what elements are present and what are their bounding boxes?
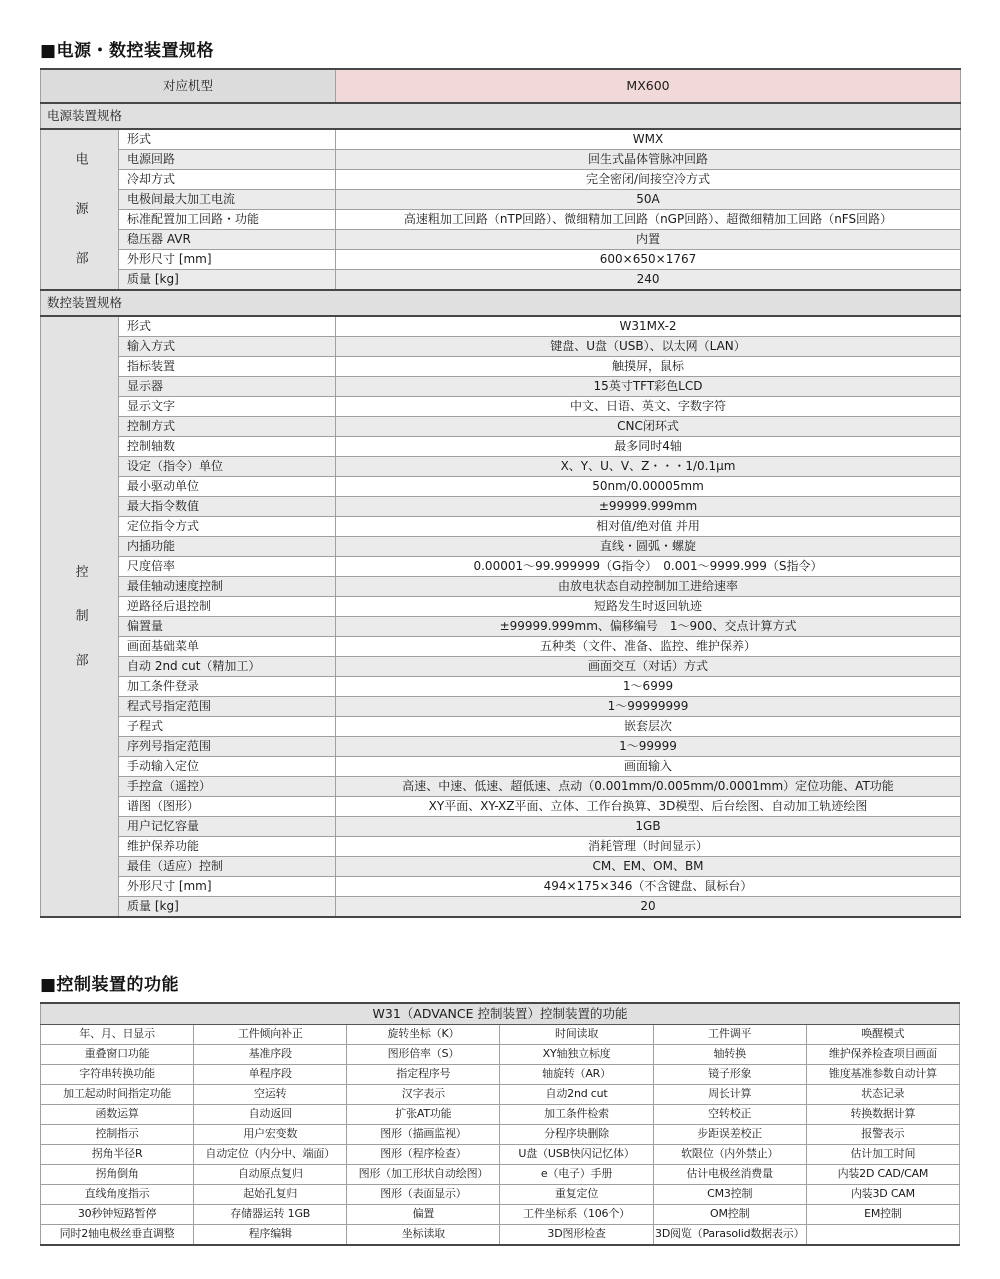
spec-value-cell: 画面输入 [336, 757, 961, 777]
function-cell: 内装3D CAM [806, 1185, 959, 1205]
spec-row: 输入方式键盘、U盘（USB）、以太网（LAN） [41, 337, 961, 357]
spec-label-cell: 质量 [kg] [119, 897, 336, 918]
spec-label-cell: 外形尺寸 [mm] [119, 250, 336, 270]
spec-value-cell: CM、EM、OM、BM [336, 857, 961, 877]
spec-label-cell: 偏置量 [119, 617, 336, 637]
function-cell: 用户宏变数 [194, 1125, 347, 1145]
function-cell: 同时2轴电极丝垂直调整 [41, 1225, 194, 1246]
spec-value-cell: 240 [336, 270, 961, 291]
spec-value-cell: 50nm/0.00005mm [336, 477, 961, 497]
spec-row: 电极间最大加工电流50A [41, 190, 961, 210]
spec-sheet-page: ■电源・数控装置规格 对应机型 MX600 电源装置规格电源部形式WMX电源回路… [0, 0, 1000, 1279]
spec-row: 设定（指令）单位X、Y、U、V、Z・・・1/0.1μm [41, 457, 961, 477]
function-cell: 3D阅览（Parasolid数据表示） [653, 1225, 806, 1246]
spec-label-cell: 维护保养功能 [119, 837, 336, 857]
function-row: 同时2轴电极丝垂直调整程序编辑坐标读取3D图形检查3D阅览（Parasolid数… [41, 1225, 960, 1246]
function-row: 控制指示用户宏变数图形（描画监视）分程序块删除步距误差校正报警表示 [41, 1125, 960, 1145]
spec-value-cell: 高速、中速、低速、超低速、点动（0.001mm/0.005mm/0.0001mm… [336, 777, 961, 797]
function-cell: 自动2nd cut [500, 1085, 653, 1105]
function-cell: e（电子）手册 [500, 1165, 653, 1185]
spec-row: 电源部形式WMX [41, 129, 961, 150]
spec-value-cell: 由放电状态自动控制加工进给速率 [336, 577, 961, 597]
spec-label-cell: 序列号指定范围 [119, 737, 336, 757]
function-cell: 锥度基准参数自动计算 [806, 1065, 959, 1085]
spec-row: 显示文字中文、日语、英文、字数字符 [41, 397, 961, 417]
spec-label-cell: 尺度倍率 [119, 557, 336, 577]
function-cell: 状态记录 [806, 1085, 959, 1105]
function-cell: 单程序段 [194, 1065, 347, 1085]
spec-value-cell: 触摸屏，鼠标 [336, 357, 961, 377]
function-cell: 拐角半径R [41, 1145, 194, 1165]
function-cell: 自动定位（内分中、端面） [194, 1145, 347, 1165]
spec-value-cell: X、Y、U、V、Z・・・1/0.1μm [336, 457, 961, 477]
spec-row: 指标装置触摸屏，鼠标 [41, 357, 961, 377]
spec-label-cell: 形式 [119, 129, 336, 150]
spec-row: 手控盒（遥控）高速、中速、低速、超低速、点动（0.001mm/0.005mm/0… [41, 777, 961, 797]
spec-value-cell: 1～99999999 [336, 697, 961, 717]
spec-row: 谱图（图形）XY平面、XY-XZ平面、立体、工作台换算、3D模型、后台绘图、自动… [41, 797, 961, 817]
spec-table: 对应机型 MX600 电源装置规格电源部形式WMX电源回路回生式晶体管脉冲回路冷… [40, 68, 961, 918]
spec-value-cell: 完全密闭/间接空冷方式 [336, 170, 961, 190]
spec-label-cell: 画面基础菜单 [119, 637, 336, 657]
function-row: 拐角倒角自动原点复归图形（加工形状自动绘图）e（电子）手册估计电极丝消费量内装2… [41, 1165, 960, 1185]
function-cell: 分程序块删除 [500, 1125, 653, 1145]
spec-label-cell: 逆路径后退控制 [119, 597, 336, 617]
function-cell: 图形倍率（S） [347, 1045, 500, 1065]
function-row: 30秒钟短路暂停存储器运转 1GB偏置工件坐标系（106个）OM控制EM控制 [41, 1205, 960, 1225]
function-row: 年、月、日显示工件倾向补正旋转坐标（K）时间读取工件调平唤醒模式 [41, 1025, 960, 1045]
spec-value-cell: XY平面、XY-XZ平面、立体、工作台换算、3D模型、后台绘图、自动加工轨迹绘图 [336, 797, 961, 817]
function-cell: 自动原点复归 [194, 1165, 347, 1185]
spec-row: 内插功能直线・圆弧・螺旋 [41, 537, 961, 557]
spec-row: 冷却方式完全密闭/间接空冷方式 [41, 170, 961, 190]
spec-label-cell: 显示器 [119, 377, 336, 397]
spec-label-cell: 最小驱动单位 [119, 477, 336, 497]
spec-label-cell: 控制方式 [119, 417, 336, 437]
spec-label-cell: 冷却方式 [119, 170, 336, 190]
group-label-text: 电源部 [72, 152, 86, 290]
spec-value-cell: 高速粗加工回路（nTP回路）、微细精加工回路（nGP回路）、超微细精加工回路（n… [336, 210, 961, 230]
function-row: 字符串转换功能单程序段指定程序号轴旋转（AR）镜子形象锥度基准参数自动计算 [41, 1065, 960, 1085]
spec-label-cell: 稳压器 AVR [119, 230, 336, 250]
function-cell: 直线角度指示 [41, 1185, 194, 1205]
spec-label-cell: 内插功能 [119, 537, 336, 557]
spec-row: 用户记忆容量1GB [41, 817, 961, 837]
model-value-cell: MX600 [336, 69, 961, 103]
spec-row: 加工条件登录1～6999 [41, 677, 961, 697]
spec-value-cell: 中文、日语、英文、字数字符 [336, 397, 961, 417]
spec-label-cell: 子程式 [119, 717, 336, 737]
spec-label-cell: 程式号指定范围 [119, 697, 336, 717]
group-label-text: 控制部 [72, 564, 86, 697]
function-cell: 轴旋转（AR） [500, 1065, 653, 1085]
function-cell: 工件倾向补正 [194, 1025, 347, 1045]
function-cell: EM控制 [806, 1205, 959, 1225]
spec-label-cell: 外形尺寸 [mm] [119, 877, 336, 897]
spec-label-cell: 设定（指令）单位 [119, 457, 336, 477]
spec-label-cell: 手控盒（遥控） [119, 777, 336, 797]
function-cell: 自动返回 [194, 1105, 347, 1125]
spec-row: 稳压器 AVR内置 [41, 230, 961, 250]
function-cell: 步距误差校正 [653, 1125, 806, 1145]
spec-value-cell: 494×175×346（不含键盘、鼠标台） [336, 877, 961, 897]
spec-label-cell: 用户记忆容量 [119, 817, 336, 837]
function-cell: 报警表示 [806, 1125, 959, 1145]
spec-value-cell: WMX [336, 129, 961, 150]
spec-value-cell: ±99999.999mm [336, 497, 961, 517]
spec-row: 维护保养功能消耗管理（时间显示） [41, 837, 961, 857]
function-cell: 加工条件检索 [500, 1105, 653, 1125]
spec-row: 电源回路回生式晶体管脉冲回路 [41, 150, 961, 170]
spec-value-cell: 五种类（文件、准备、监控、维护保养） [336, 637, 961, 657]
spec-value-cell: 消耗管理（时间显示） [336, 837, 961, 857]
spec-row: 标准配置加工回路・功能高速粗加工回路（nTP回路）、微细精加工回路（nGP回路）… [41, 210, 961, 230]
spec-row: 自动 2nd cut（精加工）画面交互（对话）方式 [41, 657, 961, 677]
function-cell: 转换数据计算 [806, 1105, 959, 1125]
spec-value-cell: 直线・圆弧・螺旋 [336, 537, 961, 557]
function-cell [806, 1225, 959, 1246]
function-cell: 图形（加工形状自动绘图） [347, 1165, 500, 1185]
section-bar-row: 数控装置规格 [41, 290, 961, 316]
spec-label-cell: 输入方式 [119, 337, 336, 357]
group-label-cell: 电源部 [41, 129, 119, 290]
spec-row: 控制方式CNC闭环式 [41, 417, 961, 437]
function-cell: 空运转 [194, 1085, 347, 1105]
spec-row: 子程式嵌套层次 [41, 717, 961, 737]
function-cell: 软限位（内外禁止） [653, 1145, 806, 1165]
section-bar-row: 电源装置规格 [41, 103, 961, 129]
function-cell: CM3控制 [653, 1185, 806, 1205]
spec-value-cell: 短路发生时返回轨迹 [336, 597, 961, 617]
spec-value-cell: 回生式晶体管脉冲回路 [336, 150, 961, 170]
spec-label-cell: 控制轴数 [119, 437, 336, 457]
spec-value-cell: 画面交互（对话）方式 [336, 657, 961, 677]
spec-label-cell: 质量 [kg] [119, 270, 336, 291]
function-cell: 拐角倒角 [41, 1165, 194, 1185]
spec-row: 质量 [kg]240 [41, 270, 961, 291]
spec-row: 程式号指定范围1～99999999 [41, 697, 961, 717]
function-row: 直线角度指示起始孔复归图形（表面显示）重复定位CM3控制内装3D CAM [41, 1185, 960, 1205]
function-cell: 图形（表面显示） [347, 1185, 500, 1205]
spec-row: 尺度倍率0.00001～99.999999（G指令） 0.001～9999.99… [41, 557, 961, 577]
function-cell: 维护保养检查项目画面 [806, 1045, 959, 1065]
spec-value-cell: 最多同时4轴 [336, 437, 961, 457]
spec-row: 画面基础菜单五种类（文件、准备、监控、维护保养） [41, 637, 961, 657]
spec-row: 偏置量±99999.999mm、偏移编号 1～900、交点计算方式 [41, 617, 961, 637]
function-cell: 汉字表示 [347, 1085, 500, 1105]
model-label-cell: 对应机型 [41, 69, 336, 103]
spec-section-title: ■电源・数控装置规格 [40, 36, 960, 61]
function-cell: 估计电极丝消费量 [653, 1165, 806, 1185]
function-cell: 存储器运转 1GB [194, 1205, 347, 1225]
spec-row: 外形尺寸 [mm]494×175×346（不含键盘、鼠标台） [41, 877, 961, 897]
functions-table: W31（ADVANCE 控制装置）控制装置的功能 年、月、日显示工件倾向补正旋转… [40, 1002, 960, 1246]
function-cell: 指定程序号 [347, 1065, 500, 1085]
spec-label-cell: 最佳（适应）控制 [119, 857, 336, 877]
spec-label-cell: 电源回路 [119, 150, 336, 170]
function-cell: 工件调平 [653, 1025, 806, 1045]
function-cell: 3D图形检查 [500, 1225, 653, 1246]
spec-label-cell: 自动 2nd cut（精加工） [119, 657, 336, 677]
function-cell: 工件坐标系（106个） [500, 1205, 653, 1225]
function-cell: 重叠窗口功能 [41, 1045, 194, 1065]
function-cell: 空转校正 [653, 1105, 806, 1125]
spec-row: 质量 [kg]20 [41, 897, 961, 918]
functions-table-header: W31（ADVANCE 控制装置）控制装置的功能 [41, 1003, 960, 1025]
function-row: 函数运算自动返回扩张AT功能加工条件检索空转校正转换数据计算 [41, 1105, 960, 1125]
function-cell: U盘（USB快闪记忆体） [500, 1145, 653, 1165]
spec-value-cell: 相对值/绝对值 并用 [336, 517, 961, 537]
function-row: 加工起动时间指定功能空运转汉字表示自动2nd cut周长计算状态记录 [41, 1085, 960, 1105]
function-cell: XY轴独立标度 [500, 1045, 653, 1065]
spec-row: 逆路径后退控制短路发生时返回轨迹 [41, 597, 961, 617]
function-cell: 加工起动时间指定功能 [41, 1085, 194, 1105]
spec-label-cell: 定位指令方式 [119, 517, 336, 537]
spec-label-cell: 最大指令数值 [119, 497, 336, 517]
functions-section-title: ■控制装置的功能 [40, 970, 960, 995]
function-cell: 30秒钟短路暂停 [41, 1205, 194, 1225]
spec-value-cell: 50A [336, 190, 961, 210]
spec-label-cell: 手动输入定位 [119, 757, 336, 777]
function-cell: 控制指示 [41, 1125, 194, 1145]
function-cell: 内装2D CAD/CAM [806, 1165, 959, 1185]
spec-value-cell: 键盘、U盘（USB）、以太网（LAN） [336, 337, 961, 357]
spec-row: 序列号指定范围1～99999 [41, 737, 961, 757]
function-cell: 轴转换 [653, 1045, 806, 1065]
function-cell: 起始孔复归 [194, 1185, 347, 1205]
spec-row: 最大指令数值±99999.999mm [41, 497, 961, 517]
spec-row: 显示器15英寸TFT彩色LCD [41, 377, 961, 397]
function-cell: 镜子形象 [653, 1065, 806, 1085]
section-bar-label: 数控装置规格 [41, 290, 961, 316]
function-cell: 旋转坐标（K） [347, 1025, 500, 1045]
spec-value-cell: 1～99999 [336, 737, 961, 757]
function-cell: 偏置 [347, 1205, 500, 1225]
spec-row: 控制部形式W31MX-2 [41, 316, 961, 337]
group-label-cell: 控制部 [41, 316, 119, 917]
function-cell: 函数运算 [41, 1105, 194, 1125]
spec-row: 最小驱动单位50nm/0.00005mm [41, 477, 961, 497]
function-cell: 基准序段 [194, 1045, 347, 1065]
spec-value-cell: 内置 [336, 230, 961, 250]
spec-row: 手动输入定位画面输入 [41, 757, 961, 777]
function-cell: 唤醒模式 [806, 1025, 959, 1045]
spec-label-cell: 谱图（图形） [119, 797, 336, 817]
spec-value-cell: CNC闭环式 [336, 417, 961, 437]
functions-header-row: W31（ADVANCE 控制装置）控制装置的功能 [41, 1003, 960, 1025]
function-row: 拐角半径R自动定位（内分中、端面）图形（程序检查）U盘（USB快闪记忆体）软限位… [41, 1145, 960, 1165]
function-cell: 年、月、日显示 [41, 1025, 194, 1045]
function-cell: 程序编辑 [194, 1225, 347, 1246]
spec-label-cell: 加工条件登录 [119, 677, 336, 697]
spec-label-cell: 指标装置 [119, 357, 336, 377]
spec-label-cell: 最佳轴动速度控制 [119, 577, 336, 597]
spec-label-cell: 标准配置加工回路・功能 [119, 210, 336, 230]
spec-label-cell: 电极间最大加工电流 [119, 190, 336, 210]
function-cell: 时间读取 [500, 1025, 653, 1045]
function-cell: 扩张AT功能 [347, 1105, 500, 1125]
function-cell: OM控制 [653, 1205, 806, 1225]
function-cell: 图形（程序检查） [347, 1145, 500, 1165]
function-cell: 估计加工时间 [806, 1145, 959, 1165]
function-cell: 图形（描画监视） [347, 1125, 500, 1145]
spec-value-cell: 0.00001～99.999999（G指令） 0.001～9999.999（S指… [336, 557, 961, 577]
spec-label-cell: 显示文字 [119, 397, 336, 417]
spec-value-cell: 15英寸TFT彩色LCD [336, 377, 961, 397]
function-cell: 周长计算 [653, 1085, 806, 1105]
function-cell: 字符串转换功能 [41, 1065, 194, 1085]
spec-value-cell: W31MX-2 [336, 316, 961, 337]
spec-value-cell: 20 [336, 897, 961, 918]
section-bar-label: 电源装置规格 [41, 103, 961, 129]
function-cell: 重复定位 [500, 1185, 653, 1205]
spec-row: 定位指令方式相对值/绝对值 并用 [41, 517, 961, 537]
function-cell: 坐标读取 [347, 1225, 500, 1246]
model-row: 对应机型 MX600 [41, 69, 961, 103]
spec-row: 最佳（适应）控制CM、EM、OM、BM [41, 857, 961, 877]
spec-row: 外形尺寸 [mm]600×650×1767 [41, 250, 961, 270]
spec-value-cell: 1～6999 [336, 677, 961, 697]
spec-value-cell: 嵌套层次 [336, 717, 961, 737]
spec-value-cell: 600×650×1767 [336, 250, 961, 270]
spec-value-cell: ±99999.999mm、偏移编号 1～900、交点计算方式 [336, 617, 961, 637]
spec-row: 最佳轴动速度控制由放电状态自动控制加工进给速率 [41, 577, 961, 597]
spec-row: 控制轴数最多同时4轴 [41, 437, 961, 457]
spec-value-cell: 1GB [336, 817, 961, 837]
function-row: 重叠窗口功能基准序段图形倍率（S）XY轴独立标度轴转换维护保养检查项目画面 [41, 1045, 960, 1065]
spec-label-cell: 形式 [119, 316, 336, 337]
